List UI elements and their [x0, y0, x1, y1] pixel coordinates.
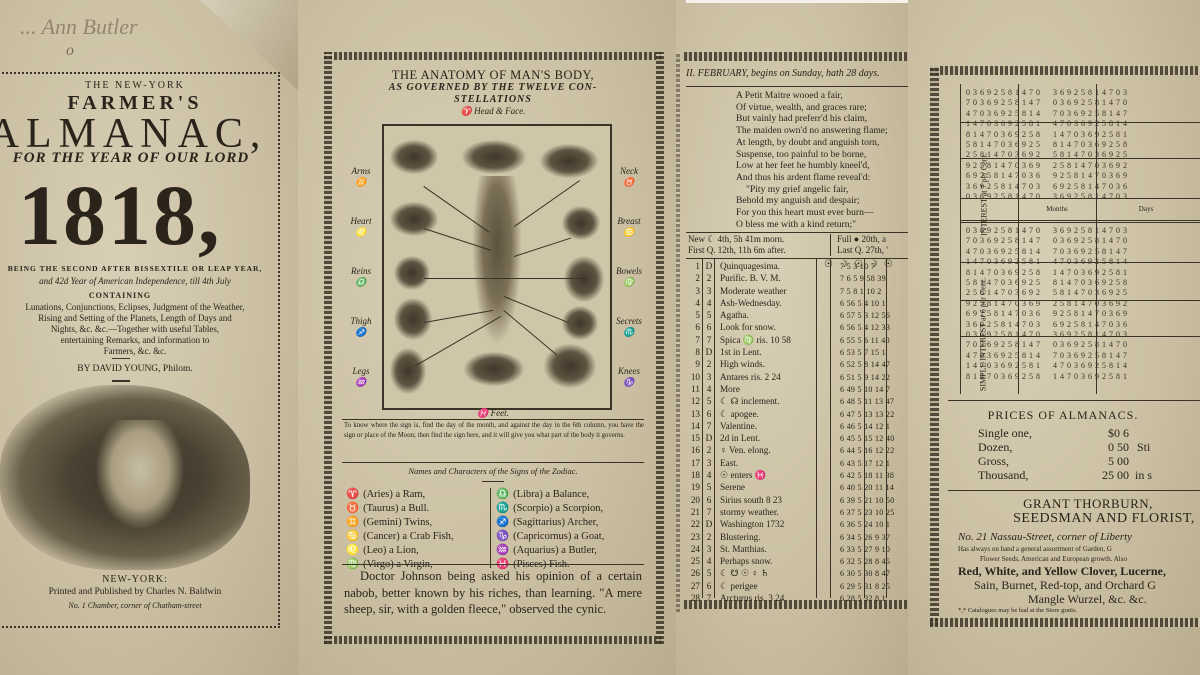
anecdote-rule	[342, 564, 644, 565]
instructions-text: To know where the sign is, find the day …	[344, 421, 644, 441]
poem-line: At length, by doubt and anguish torn,	[736, 137, 888, 149]
prices-title: PRICES OF ALMANACS.	[948, 408, 1178, 423]
ornamental-border-right	[656, 52, 664, 644]
aquarius-figure	[390, 348, 426, 394]
ornamental-border-top	[930, 66, 1200, 75]
february-poem: A Petit Maitre wooed a fair, Of virtue, …	[736, 90, 888, 230]
ornamental-border-top	[324, 52, 664, 60]
calendar-row: 66Look for snow.6 56 5 4 12 33	[684, 321, 895, 333]
ray-line	[424, 278, 584, 279]
anatomy-subtitle-2: STELLATIONS	[338, 94, 648, 105]
anatomy-head-label: ♈ Head & Face.	[338, 106, 648, 117]
zodiac-list-right: ♎(Libra) a Balance, ♏(Scorpio) a Scorpio…	[494, 488, 606, 572]
calendar-row: 265☾ ☋ ☉ ♀ ♄6 30 5 30 8 47	[684, 567, 895, 579]
february-calendar: 1DQuinquagesima.7 5 3 10 722Purific. B. …	[684, 260, 895, 604]
johnson-anecdote: Doctor Johnson being asked his opinion o…	[344, 568, 642, 618]
calendar-row: 254Perhaps snow.6 32 5 28 8 45	[684, 555, 895, 567]
sub-head-days: Days	[1096, 205, 1196, 213]
taurus-bull-figure	[540, 144, 598, 178]
calendar-row: 103Antares ris. 2 246 51 5 9 14 22	[684, 371, 895, 383]
calendar-row: 8D1st in Lent.6 53 5 7 15 1	[684, 346, 895, 358]
prices-rule	[948, 400, 1200, 401]
poem-line: "Pity my grief angelic fair,	[736, 184, 888, 196]
cover-line-new-york: THE NEW-YORK	[0, 80, 270, 91]
cover-containing-label: CONTAINING	[30, 291, 210, 300]
ornamental-border-left	[676, 52, 680, 612]
calendar-row: 77Spica ♍ ris. 10 586 55 5 6 11 40	[684, 334, 895, 346]
zodiac-divider	[482, 481, 504, 482]
pisces-fish-figure	[464, 352, 524, 386]
label-breast: Breast♋	[612, 216, 646, 238]
ornamental-border-bottom	[930, 618, 1200, 627]
seller-note: *,* Catalogues may be had at the Store g…	[958, 607, 1077, 614]
price-row: Gross,5 00	[978, 454, 1152, 468]
calendar-row: 232Blustering.6 34 5 26 9 37	[684, 531, 895, 543]
zodiac-column-divider	[490, 488, 491, 568]
cover-leap-year: BEING THE SECOND AFTER BISSEXTILE OR LEA…	[0, 264, 270, 273]
libra-figure	[394, 256, 430, 290]
anatomy-page: THE ANATOMY OF MAN'S BODY, AS GOVERNED B…	[298, 0, 676, 675]
cover-imprint: Printed and Published by Charles N. Bald…	[0, 587, 270, 597]
calendar-row: 287Arcturus ris. 3 246 28 5 32 8 1	[684, 592, 895, 604]
seller-rule	[948, 490, 1200, 491]
cover-contents-5: Farmers, &c. &c.	[0, 346, 270, 356]
label-heart: Heart♌	[344, 216, 378, 238]
label-knees: Knees♑	[612, 366, 646, 388]
zodiac-row: ♋(Cancer) a Crab Fish,	[344, 530, 455, 544]
moon-phases: New ☾ 4th, 5h 41m morn.Full ● 20th, a Fi…	[688, 234, 786, 256]
price-row: Thousand,25 00in s	[978, 468, 1152, 482]
zodiac-row: ♐(Sagittarius) Archer,	[494, 516, 606, 530]
seller-title: SEEDSMAN AND FLORIST,	[954, 511, 1200, 527]
price-row: Single one,$0 6	[978, 426, 1152, 440]
anatomy-subtitle: AS GOVERNED BY THE TWELVE CON-	[338, 82, 648, 93]
february-page: II. FEBRUARY, begins on Sunday, hath 28 …	[676, 0, 908, 675]
sub-head-months: Months	[1018, 205, 1096, 213]
handwritten-mark: o	[66, 42, 74, 60]
cover-contents-1: Lunations, Conjunctions, Eclipses, Judgm…	[0, 302, 270, 312]
calendar-row: 173East.6 43 5 17 12 1	[684, 457, 895, 469]
calendar-row: 147Valentine.6 46 5 14 12 1	[684, 420, 895, 432]
zodiac-man-woodcut	[382, 124, 612, 410]
ornamental-border-left	[324, 52, 332, 644]
sagittarius-archer-figure	[394, 298, 432, 340]
cover-year: 1818,	[18, 160, 222, 270]
zodiac-list-left: ♈(Aries) a Ram, ♉(Taurus) a Bull. ♊(Gemi…	[344, 488, 455, 572]
seller-address: No. 21 Nassau-Street, corner of Liberty	[958, 531, 1132, 543]
woodcut-seated-figure	[95, 420, 185, 530]
calendar-row: 243St. Matthias.6 33 5 27 9 10	[684, 543, 895, 555]
label-thigh: Thigh♐	[344, 316, 378, 338]
calendar-row: 1DQuinquagesima.7 5 3 10 7	[684, 260, 895, 272]
handwritten-owner-name: ... Ann Butler	[20, 14, 138, 40]
poem-line: But vainly had preferr'd his claim,	[736, 113, 888, 125]
february-header: II. FEBRUARY, begins on Sunday, hath 28 …	[686, 68, 880, 79]
instructions-rule-top	[342, 419, 644, 420]
gemini-figure	[390, 140, 438, 174]
calendar-row: 136☾ apogee.6 47 5 13 13 22	[684, 408, 895, 420]
poem-line: Behold my anguish and despair;	[736, 195, 888, 207]
calendar-row: 22DWashington 17326 36 5 24 10 1	[684, 518, 895, 530]
zodiac-row: ♉(Taurus) a Bull.	[344, 502, 455, 516]
calendar-row: 162♀ Ven. elong.6 44 5 16 12 22	[684, 444, 895, 456]
seller-line-2: Flower Seeds, American and European grow…	[980, 555, 1127, 563]
interest-table-numbers: 03692581470 36925814703 70369258147 0369…	[966, 88, 1130, 202]
poem-line: The maiden own'd no answering flame;	[736, 125, 888, 137]
interest-tables-page: INTEREST at 7 per Cent. SIMPLE INTEREST …	[908, 0, 1200, 675]
ornamental-border-left	[930, 66, 939, 626]
price-row: Dozen,0 50Sti	[978, 440, 1152, 454]
cover-page: ... Ann Butler o THE NEW-YORK FARMER'S A…	[0, 0, 298, 675]
zodiac-row: ♒(Aquarius) a Butler,	[494, 544, 606, 558]
virgo-figure	[564, 256, 604, 302]
calendar-row: 206Sirius south 8 236 39 5 21 10 50	[684, 494, 895, 506]
ornamental-border-bottom	[324, 636, 664, 644]
seller-name: GRANT THORBURN,	[948, 496, 1200, 512]
cover-divider-2	[112, 380, 130, 382]
calendar-row: 92High winds.6 52 5 8 14 47	[684, 358, 895, 370]
cover-address: No. 1 Chamber, corner of Chatham-street	[0, 601, 270, 610]
poem-line: Low at her feet he humbly kneel'd,	[736, 160, 888, 172]
aries-ram-figure	[462, 140, 526, 174]
interest-table-numbers: 03692581470 36925814703 70369258147 0369…	[966, 226, 1130, 382]
feet-label: ♓ Feet.	[338, 408, 648, 419]
seller-line-3: Red, White, and Yellow Clover, Lucerne,	[958, 564, 1166, 579]
label-bowels: Bowels♍	[612, 266, 646, 288]
calendar-row: 217stormy weather.6 37 5 23 10 25	[684, 506, 895, 518]
calendar-row: 125☾ ☊ inclement.6 48 5 11 13 47	[684, 395, 895, 407]
label-neck: Neck♉	[612, 166, 646, 188]
prices-list: Single one,$0 6 Dozen,0 50Sti Gross,5 00…	[978, 426, 1152, 482]
zodiac-heading: Names and Characters of the Signs of the…	[338, 466, 648, 476]
poem-line: Suspense, too painful to be borne,	[736, 149, 888, 161]
zodiac-row: ♏(Scorpio) a Scorpion,	[494, 502, 606, 516]
cover-independence: and 42d Year of American Independence, t…	[0, 276, 270, 286]
cover-contents-3: Nights, &c. &c.—Together with useful Tab…	[0, 324, 270, 334]
poem-line: O bless me with a kind return;"	[736, 219, 888, 231]
label-secrets: Secrets♏	[612, 316, 646, 338]
cover-contents-4: entertaining Remarks, and information to	[0, 335, 270, 345]
cover-place: NEW-YORK:	[0, 574, 270, 585]
photo-top-edge	[686, 0, 908, 3]
poem-line: A Petit Maitre wooed a fair,	[736, 90, 888, 102]
seller-line-5: Mangle Wurzel, &c. &c.	[1028, 592, 1147, 607]
cover-divider	[112, 358, 130, 359]
calendar-row: 114More6 49 5 10 14 7	[684, 383, 895, 395]
cover-author: BY DAVID YOUNG, Philom.	[0, 364, 270, 374]
zodiac-row: ♑(Capricornus) a Goat,	[494, 530, 606, 544]
anatomy-title: THE ANATOMY OF MAN'S BODY,	[338, 68, 648, 83]
calendar-row: 15D2d in Lent.6 45 5 15 12 40	[684, 432, 895, 444]
table-rule-double	[960, 220, 1200, 223]
calendar-row: 276☾ perigee6 29 5 31 8 25	[684, 580, 895, 592]
instructions-rule-bottom	[342, 462, 644, 463]
cover-contents-2: Rising and Setting of the Planets, Lengt…	[0, 313, 270, 323]
poem-line: Of virtue, wealth, and graces rare;	[736, 102, 888, 114]
ray-line	[514, 237, 571, 256]
ornamental-border-top	[684, 52, 908, 61]
calendar-row: 55Agatha.6 57 5 3 12 56	[684, 309, 895, 321]
calendar-row: 184☉ enters ♓6 42 5 18 11 38	[684, 469, 895, 481]
seller-line-1: Has always on hand a general assortment …	[958, 545, 1112, 553]
zodiac-row: ♈(Aries) a Ram,	[344, 488, 455, 502]
label-legs: Legs♒	[344, 366, 378, 388]
poem-line: And thus his ardent flame reveal'd:	[736, 172, 888, 184]
calendar-row: 44Ash-Wednesday.6 56 5 4 10 1	[684, 297, 895, 309]
phases-rule	[686, 232, 908, 233]
cancer-crab-figure	[562, 206, 600, 240]
zodiac-row: ♎(Libra) a Balance,	[494, 488, 606, 502]
poem-line: For you this heart must ever burn—	[736, 207, 888, 219]
label-reins: Reins♎	[344, 266, 378, 288]
zodiac-row: ♌(Leo) a Lion,	[344, 544, 455, 558]
seller-line-4: Sain, Burnet, Red-top, and Orchard G	[974, 578, 1156, 593]
calendar-row: 33Moderate weather7 5 8 1 10 2	[684, 285, 895, 297]
calendar-row: 195Serene6 40 5 20 11 14	[684, 481, 895, 493]
zodiac-row: ♊(Gemini) Twins,	[344, 516, 455, 530]
calendar-row: 22Purific. B. V. M.7 6 5 9 58 39	[684, 272, 895, 284]
label-arms: Arms♊	[344, 166, 378, 188]
header-rule	[686, 86, 908, 87]
